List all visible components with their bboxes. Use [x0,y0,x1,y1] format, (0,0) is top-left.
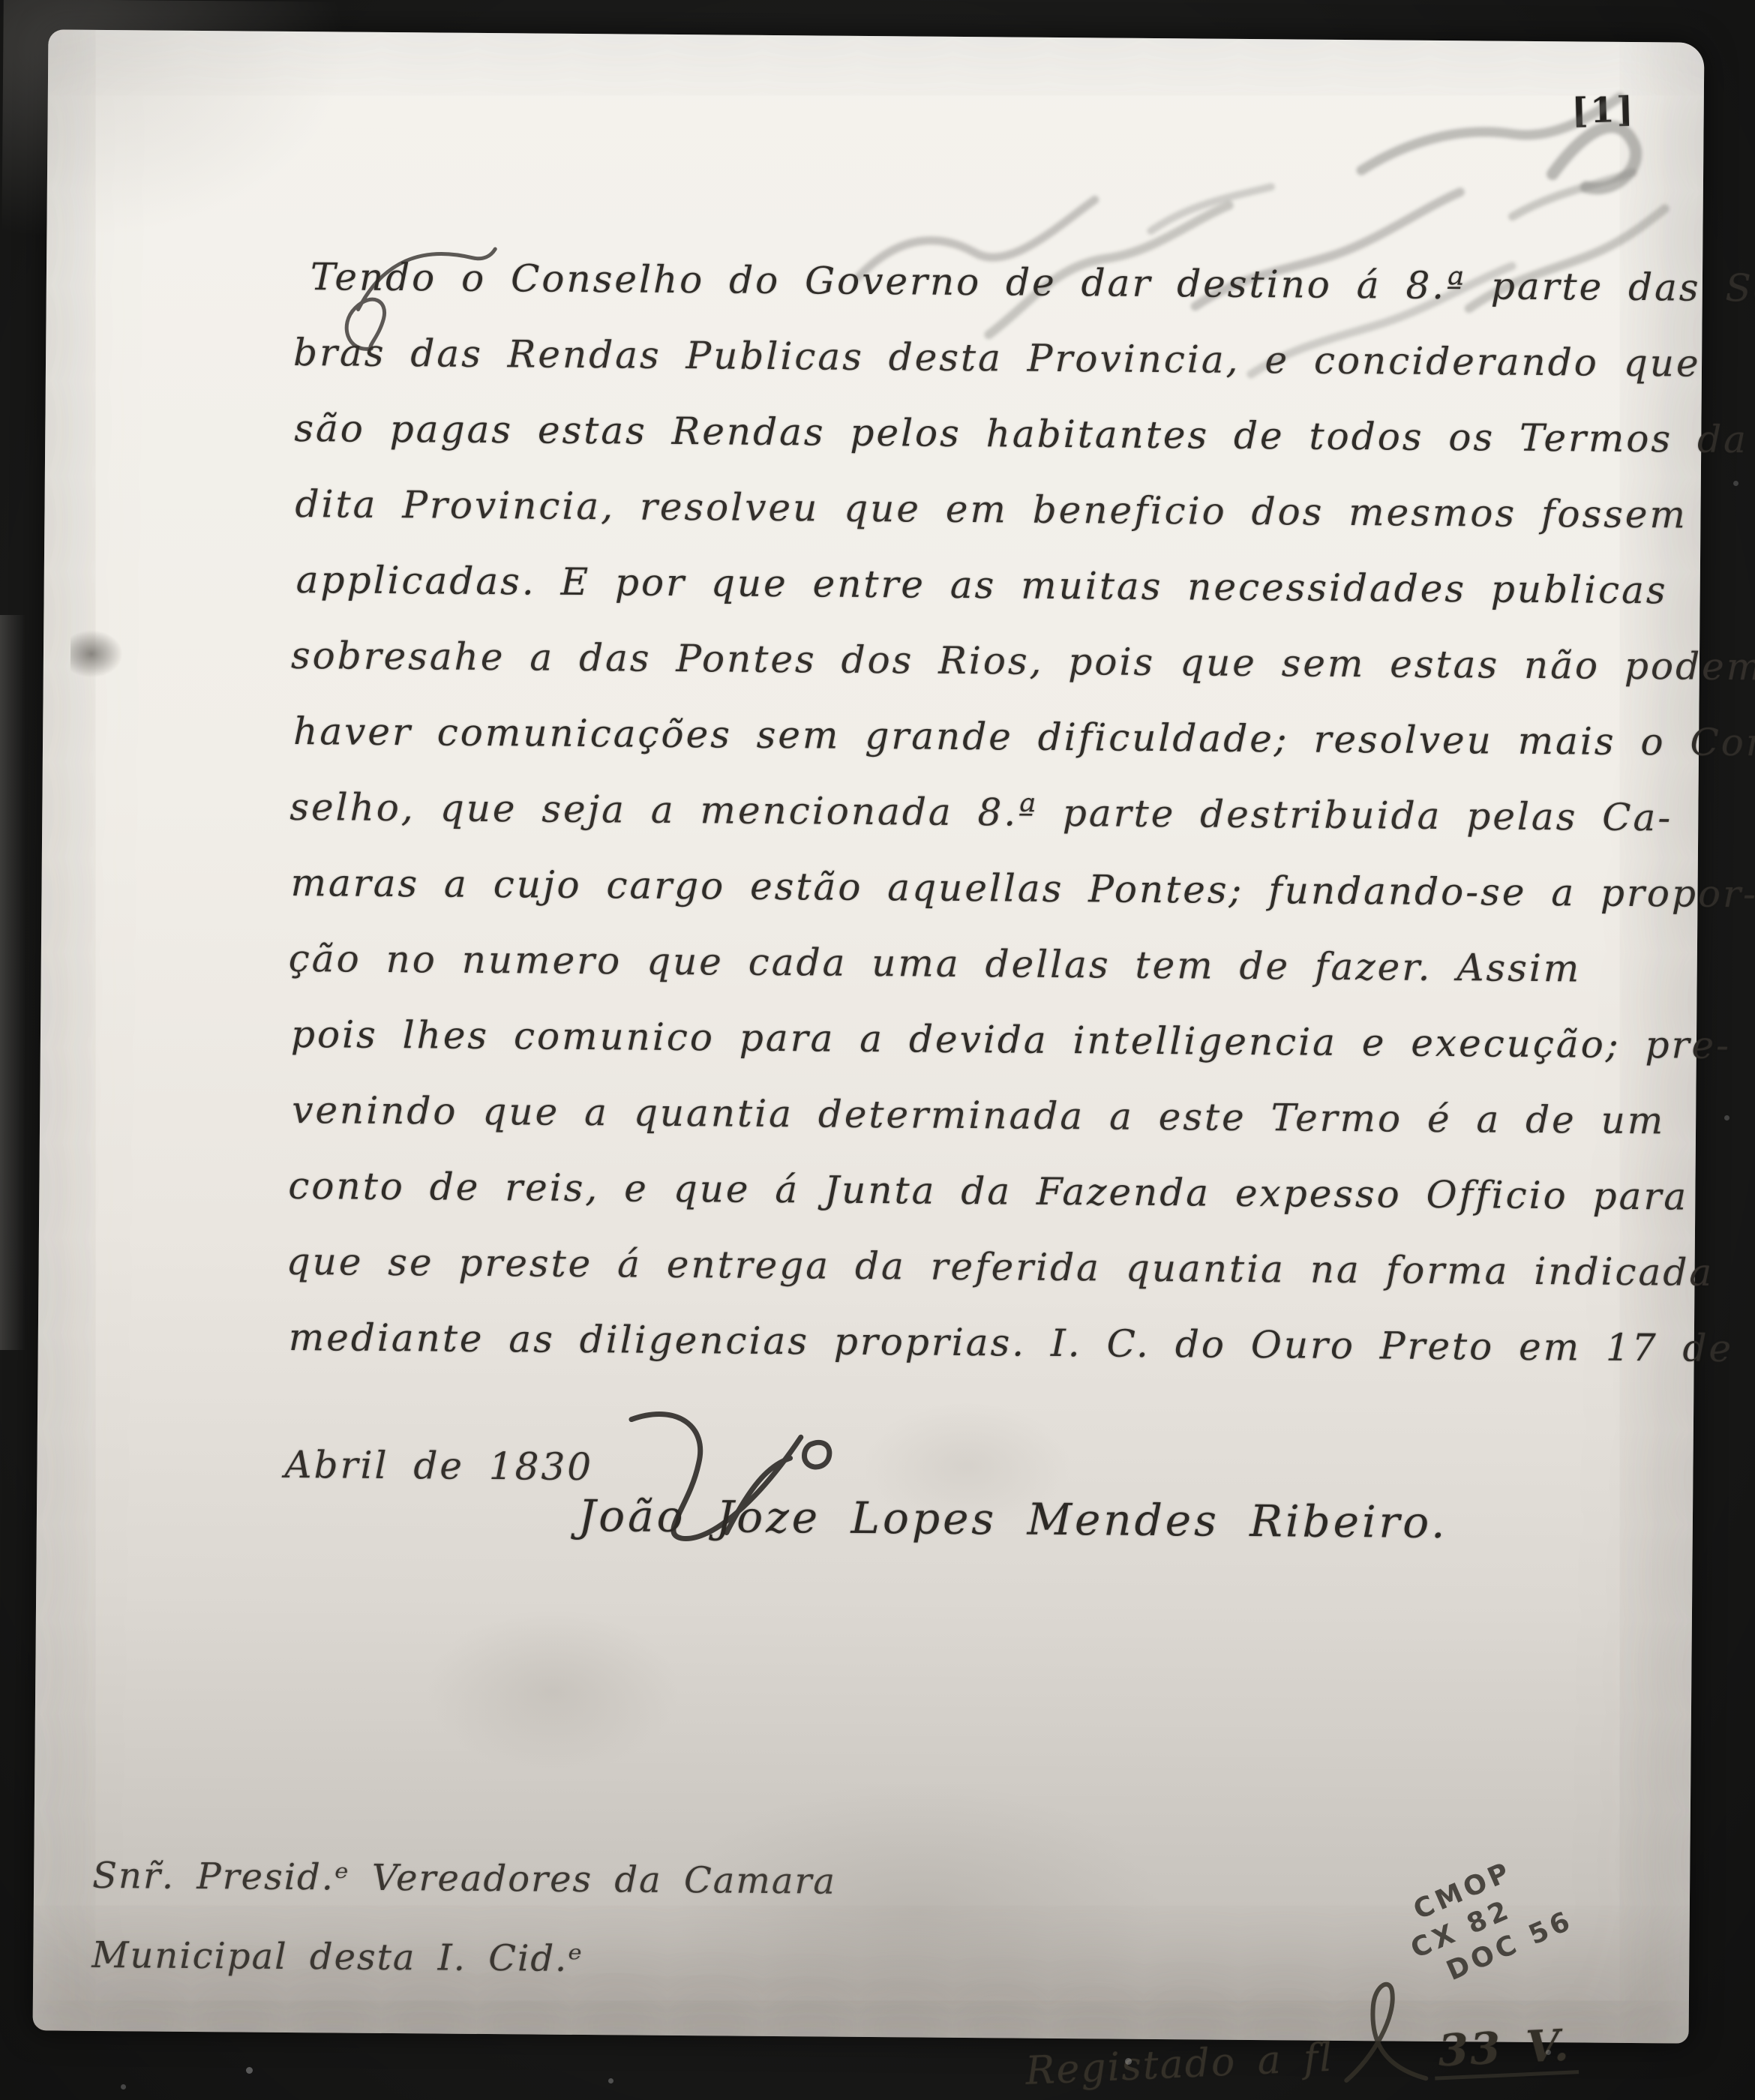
letter-line-text: mediante as diligencias proprias. I. C. … [289,1315,1734,1370]
registration-flourish [1331,1973,1434,2090]
letter-line: selho, que seja a mencionada 8.ª parte d… [289,785,1672,839]
letter-line: dita Provincia, resolveu que em benefici… [295,482,1687,537]
signature: João Joze Lopes Mendes Ribeiro. [578,1490,1448,1548]
paper-sheet: [1] Tendo o Conselho do Governo de dar d… [33,29,1705,2043]
address-block: Snr̃. Presid.ᵉ Vereadores da Camara Muni… [91,1836,836,2001]
left-margin-ink-blot [70,630,124,679]
address-line: Snr̃. Presid.ᵉ Vereadores da Camara [92,1836,837,1921]
dust-specks [0,0,4,4]
paper-stain [424,1607,681,1774]
letter-line: applicadas. E por que entre as muitas ne… [296,558,1668,612]
letter-line-text: Abril de 1830 [284,1443,593,1489]
letter-line-text: conto de reis, e que á Junta da Fazenda … [288,1164,1688,1219]
letter-line: venindo que a quantia determinada a este… [292,1088,1666,1142]
letter-line: pois lhes comunico para a devida intelli… [291,1012,1731,1067]
letter-line-text: maras a cujo cargo estão aquellas Pontes… [290,861,1755,916]
letter-line: maras a cujo cargo estão aquellas Pontes… [290,861,1755,916]
paper-stain [1,0,348,242]
left-edge-smudge [0,615,25,1350]
letter-line: sobresahe a das Pontes dos Rios, pois qu… [291,634,1755,688]
letter-line-text: venindo que a quantia determinada a este… [292,1088,1666,1142]
letter-line-text: são pagas estas Rendas pelos habitantes … [294,406,1748,461]
letter-line-text: selho, que seja a mencionada 8.ª parte d… [289,785,1672,839]
letter-line: conto de reis, e que á Junta da Fazenda … [288,1164,1688,1219]
letter-line-text: haver comunicações sem grande dificuldad… [293,709,1755,765]
letter-line: são pagas estas Rendas pelos habitantes … [294,406,1748,461]
letter-line: mediante as diligencias proprias. I. C. … [289,1315,1734,1370]
letter-line-text: pois lhes comunico para a devida intelli… [291,1012,1731,1067]
registration-prefix: Registado a fl [1024,2035,1334,2094]
registration-folio: 33 V. [1432,2019,1579,2080]
registration-note: Registado a fl 33 V. [1022,1966,1579,2100]
address-line: Municipal desta I. Cid.ᵉ [91,1915,836,2001]
letter-line-text: dita Provincia, resolveu que em benefici… [295,482,1687,537]
letter-line: ção no numero que cada uma dellas tem de… [289,937,1582,991]
letter-line: que se preste á entrega da referida quan… [286,1240,1714,1294]
letter-line-text: sobresahe a das Pontes dos Rios, pois qu… [291,634,1755,688]
letter-line-text: applicadas. E por que entre as muitas ne… [296,558,1668,612]
letter-line: haver comunicações sem grande dificuldad… [293,709,1755,765]
letter-line-text: que se preste á entrega da referida quan… [286,1240,1714,1294]
letter-line-text: ção no numero que cada uma dellas tem de… [289,937,1582,991]
